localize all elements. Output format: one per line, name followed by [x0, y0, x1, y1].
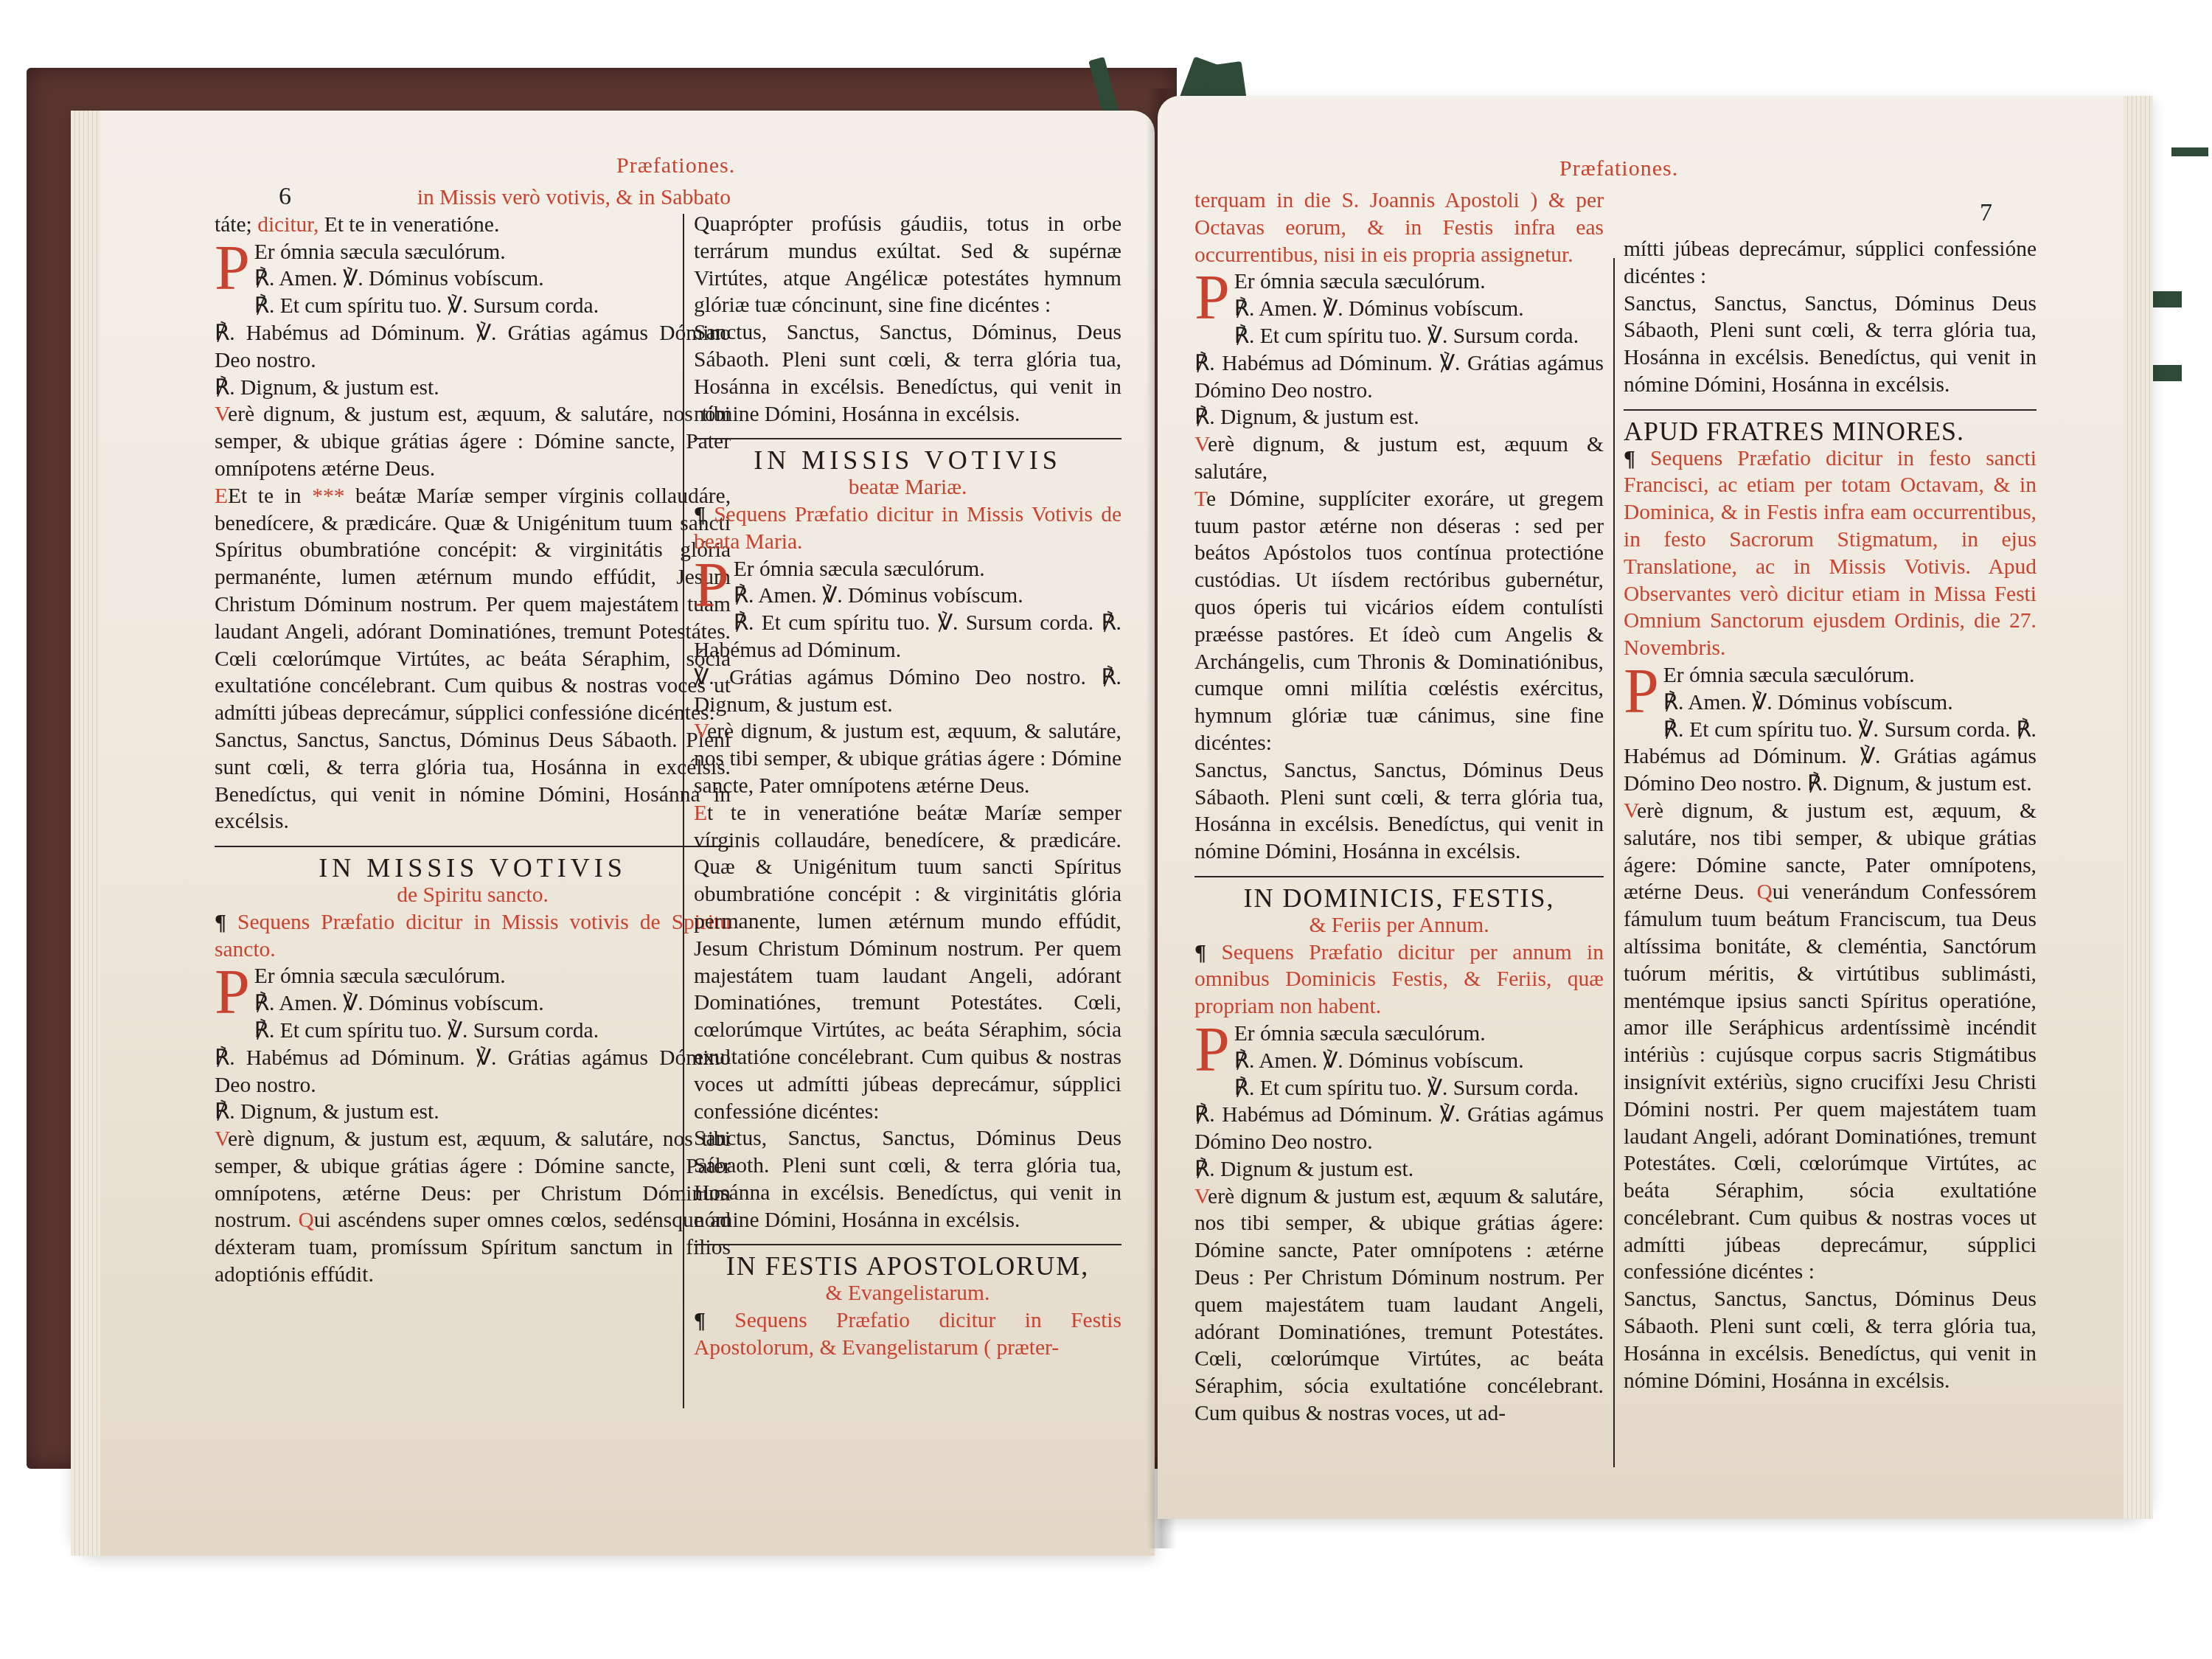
preface-body: Verè dignum & justum est, æquum & salutá…: [1194, 1183, 1604, 1427]
preface-body: mítti júbeas deprecámur, súpplici confes…: [1624, 236, 2037, 291]
column-rule: [1613, 258, 1615, 1467]
rubric-fragment: dicitur,: [257, 213, 319, 237]
right-page-column-1: terquam in die S. Joannis Apostoli ) & p…: [1194, 187, 1604, 1427]
preface-body: Verè dignum, & justum est, æquum, & salu…: [215, 1126, 731, 1289]
section-divider: [694, 438, 1121, 439]
preface-body: Quaprópter profúsis gáudiis, totus in or…: [694, 211, 1121, 319]
dialogue-line: ℟. Amen. ℣. Dóminus vobíscum.: [215, 990, 731, 1018]
section-divider: [694, 1244, 1121, 1245]
ribbon-tab-2[interactable]: [2149, 291, 2182, 307]
body-text: erè dignum, & justum est, æquum, & salut…: [694, 720, 1121, 798]
sanctus-text: Sanctus, Sanctus, Sanctus, Dóminus Deus …: [1194, 757, 1604, 866]
dialogue-line: ℟. Dignum, & justum est.: [1194, 404, 1604, 431]
rubric-text: Sequens Præfatio dicitur in Missis Votiv…: [694, 503, 1121, 554]
initial-V: V: [1624, 799, 1637, 823]
dialogue-line: ℟. Et cum spíritu tuo. ℣. Sursum corda. …: [1624, 717, 2037, 798]
initial-V: V: [1194, 1185, 1208, 1208]
ribbon-tab-1[interactable]: [2171, 147, 2208, 156]
running-head-right: Præfationes.: [1559, 156, 1678, 181]
initial-Q: Q: [299, 1208, 314, 1232]
running-head-left: Præfationes.: [616, 153, 735, 178]
left-page-edges: [71, 111, 100, 1556]
drop-cap-P: P: [215, 242, 250, 293]
section-heading: IN FESTIS APOSTOLORUM,: [694, 1253, 1121, 1280]
ribbon-tab-3[interactable]: [2149, 365, 2182, 381]
left-page-column-2: Quaprópter profúsis gáudiis, totus in or…: [694, 211, 1121, 1362]
rubric-text: Sequens Præfatio dicitur in Festis Apost…: [694, 1309, 1121, 1360]
initial-Q: Q: [1756, 880, 1772, 904]
text-line: táte; dicitur, Et te in veneratióne.: [215, 212, 731, 239]
pilcrow-icon: ¶: [1624, 447, 1635, 470]
initial-V: V: [694, 720, 707, 743]
right-page-column-2: mítti júbeas deprecámur, súpplici confes…: [1624, 236, 2037, 1394]
section-heading: IN MISSIS VOTIVIS: [215, 855, 731, 882]
dialogue-line: ℟. Habémus ad Dóminum. ℣. Grátias agámus…: [1194, 350, 1604, 405]
preface-body: Verè dignum, & justum est, æquum, & salu…: [694, 718, 1121, 799]
dialogue-line: ℟. Habémus ad Dóminum. ℣. Grátias agámus…: [1194, 1102, 1604, 1156]
column-rule: [683, 214, 684, 1408]
section-rubric: ¶ Sequens Præfatio dicitur in Festis Apo…: [694, 1307, 1121, 1362]
dialogue-line: ℟. Et cum spíritu tuo. ℣. Sursum corda.: [1194, 323, 1604, 350]
text-fragment: táte;: [215, 213, 252, 237]
dialogue-line: ℟. Dignum & justum est.: [1194, 1156, 1604, 1183]
section-rubric: ¶ Sequens Præfatio dicitur in Missis Vot…: [694, 501, 1121, 556]
dialogue-line: ℟. Amen. ℣. Dóminus vobíscum.: [215, 265, 731, 293]
dialogue-line: Er ómnia sæcula sæculórum.: [694, 556, 1121, 583]
section-divider: [215, 846, 731, 847]
body-text: beátæ Maríæ semper vírginis collaudáre, …: [215, 484, 731, 725]
dialogue-line: ℟. Et cum spíritu tuo. ℣. Sursum corda.: [1194, 1075, 1604, 1102]
dialogue-line: ℟. Habémus ad Dóminum. ℣. Grátias agámus…: [215, 1045, 731, 1099]
body-text: erè dignum, & justum est, æquum, & salut…: [215, 403, 731, 481]
body-text: erè dignum & justum est, æquum & salutár…: [1194, 1185, 1604, 1425]
section-divider: [1624, 409, 2037, 411]
initial-V: V: [1194, 433, 1208, 456]
section-heading: IN MISSIS VOTIVIS: [694, 447, 1121, 474]
pilcrow-icon: ¶: [694, 503, 706, 526]
text-fragment: Et te in veneratióne.: [324, 213, 500, 237]
dialogue-line: ℟. Dignum, & justum est.: [215, 1099, 731, 1126]
section-subheading: & Feriis per Annum.: [1194, 912, 1604, 939]
preface-dialogue: P Er ómnia sæcula sæculórum. ℟. Amen. ℣.…: [215, 239, 731, 402]
body-text: ui ascéndens super omnes cœlos, sedénsqu…: [215, 1208, 731, 1287]
body-text: ui venerándum Confessórem fámulum tuum b…: [1624, 880, 2037, 1284]
sanctus-text: Sanctus, Sanctus, Sanctus, Dóminus Deus …: [215, 727, 731, 835]
initial-E: E: [694, 801, 707, 825]
sanctus-text: Sanctus, Sanctus, Sanctus, Dóminus Deus …: [694, 1125, 1121, 1234]
sanctus-text: Sanctus, Sanctus, Sanctus, Dóminus, Deus…: [694, 319, 1121, 428]
left-page: Præfationes. 6 in Missis verò votivis, &…: [71, 111, 1155, 1556]
page-number-right: 7: [1980, 199, 1992, 227]
pilcrow-icon: ¶: [215, 911, 226, 934]
dialogue-line: ℣. Grátias agámus Dómino Deo nostro. ℟. …: [694, 664, 1121, 719]
section-heading: APUD FRATRES MINORES.: [1624, 418, 2037, 445]
drop-cap-P: P: [1624, 665, 1659, 717]
dialogue-line: ℟. Amen. ℣. Dóminus vobíscum.: [694, 582, 1121, 610]
preface-body: Verè dignum, & justum est, æquum, & salu…: [215, 401, 731, 482]
dialogue-line: ℟. Amen. ℣. Dóminus vobíscum.: [1194, 296, 1604, 323]
rubric-text: Sequens Præfatio dicitur per annum in om…: [1194, 941, 1604, 1019]
initial-V: V: [215, 1127, 228, 1151]
dialogue-line: ℟. Amen. ℣. Dóminus vobíscum.: [1624, 689, 2037, 717]
initial-V: V: [215, 403, 228, 426]
dialogue-line: ℟. Habémus ad Dóminum. ℣. Grátias agámus…: [215, 320, 731, 375]
right-page-edges: [2124, 96, 2153, 1519]
initial-E: E: [215, 484, 228, 508]
dialogue-line: ℟. Et cum spíritu tuo. ℣. Sursum corda.: [215, 1018, 731, 1045]
rubric-continuation: terquam in die S. Joannis Apostoli ) & p…: [1194, 187, 1604, 268]
asterisks: ***: [312, 484, 344, 508]
preface-dialogue: P Er ómnia sæcula sæculórum. ℟. Amen. ℣.…: [1194, 268, 1604, 431]
dialogue-line: ℟. Dignum, & justum est.: [215, 375, 731, 402]
preface-body-2: EEt te in *** beátæ Maríæ semper vírgini…: [215, 483, 731, 727]
preface-dialogue: P Er ómnia sæcula sæculórum. ℟. Amen. ℣.…: [694, 556, 1121, 719]
pilcrow-icon: ¶: [694, 1309, 706, 1332]
drop-cap-P: P: [1194, 271, 1230, 323]
dialogue-line: Er ómnia sæcula sæculórum.: [1624, 662, 2037, 689]
section-subheading: & Evangelistarum.: [694, 1280, 1121, 1307]
preface-dialogue: P Er ómnia sæcula sæculórum. ℟. Amen. ℣.…: [1194, 1020, 1604, 1183]
section-rubric: ¶ Sequens Præfatio dicitur in festo sanc…: [1624, 445, 2037, 662]
preface-body: Verè dignum, & justum est, æquum & salut…: [1194, 431, 1604, 486]
drop-cap-P: P: [1194, 1023, 1230, 1075]
body-text: erè dignum, & justum est, æquum & salutá…: [1194, 433, 1604, 484]
dialogue-line: Er ómnia sæcula sæculórum.: [215, 963, 731, 990]
section-heading: IN DOMINICIS, FESTIS,: [1194, 885, 1604, 912]
preface-body-2: Et te in veneratióne beátæ Maríæ semper …: [694, 800, 1121, 1126]
drop-cap-P: P: [694, 559, 729, 611]
right-page: Præfationes. 7 terquam in die S. Joannis…: [1158, 96, 2153, 1519]
body-text: e Dómine, supplíciter exoráre, ut gregem…: [1194, 487, 1604, 755]
dialogue-line: Er ómnia sæcula sæculórum.: [1194, 268, 1604, 296]
rubric-text: Sequens Præfatio dicitur in Missis votiv…: [215, 911, 731, 961]
body-text: Et te in: [228, 484, 302, 508]
preface-dialogue: P Er ómnia sæcula sæculórum. ℟. Amen. ℣.…: [215, 963, 731, 1126]
preface-body: Verè dignum, & justum est, æquum, & salu…: [1624, 798, 2037, 1286]
section-subheading: de Spiritu sancto.: [215, 882, 731, 909]
section-divider: [1194, 876, 1604, 877]
dialogue-line: ℟. Amen. ℣. Dóminus vobíscum.: [1194, 1048, 1604, 1075]
section-rubric: ¶ Sequens Præfatio dicitur in Missis vot…: [215, 909, 731, 964]
dialogue-line: ℟. Et cum spíritu tuo. ℣. Sursum corda. …: [694, 610, 1121, 664]
left-page-column-1: in Missis verò votivis, & in Sabbato tát…: [215, 184, 731, 1289]
section-subheading: beatæ Mariæ.: [694, 474, 1121, 501]
drop-cap-P: P: [215, 966, 250, 1018]
dialogue-line: ℟. Et cum spíritu tuo. ℣. Sursum corda.: [215, 293, 731, 320]
preface-body-2: Te Dómine, supplíciter exoráre, ut grege…: [1194, 486, 1604, 757]
sanctus-text: Sanctus, Sanctus, Sanctus, Dóminus Deus …: [1624, 1286, 2037, 1394]
initial-T: T: [1194, 487, 1206, 511]
rubric-text: Sequens Præfatio dicitur in festo sancti…: [1624, 447, 2037, 661]
body-text: t te in veneratióne beátæ Maríæ semper v…: [694, 801, 1121, 1124]
pilcrow-icon: ¶: [1194, 941, 1206, 964]
section-rubric: ¶ Sequens Præfatio dicitur per annum in …: [1194, 939, 1604, 1020]
dialogue-line: Er ómnia sæcula sæculórum.: [1194, 1020, 1604, 1048]
preface-dialogue: P Er ómnia sæcula sæculórum. ℟. Amen. ℣.…: [1624, 662, 2037, 798]
sanctus-text: Sanctus, Sanctus, Sanctus, Dóminus Deus …: [1624, 291, 2037, 399]
rubric-line: in Missis verò votivis, & in Sabbato: [215, 184, 731, 212]
dialogue-line: Er ómnia sæcula sæculórum.: [215, 239, 731, 266]
